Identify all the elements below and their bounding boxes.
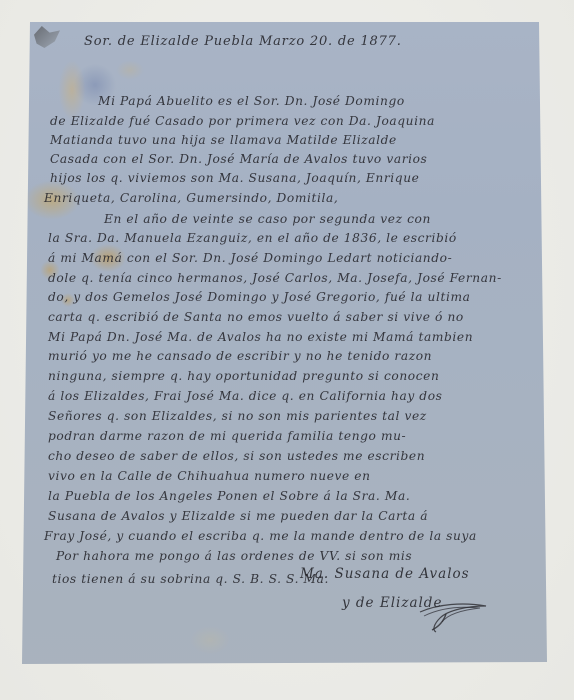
letter-line: podran darme razon de mi querida familia… — [48, 429, 406, 443]
signature-name: Ma. Susana de Avalos — [300, 566, 470, 582]
letter-line: cho deseo de saber de ellos, si son uste… — [48, 449, 425, 463]
letter-line: Fray José, y cuando el escriba q. me la … — [44, 529, 477, 543]
letter-line: Por hahora me pongo á las ordenes de VV.… — [56, 549, 412, 563]
letter-line: do, y dos Gemelos José Domingo y José Gr… — [48, 290, 470, 304]
letter-dateline: Sor. de Elizalde Puebla Marzo 20. de 187… — [84, 34, 402, 49]
letter-line: Susana de Avalos y Elizalde si me pueden… — [48, 509, 428, 523]
letter-line: vivo en la Calle de Chihuahua numero nue… — [48, 469, 371, 483]
letter-line: Casada con el Sor. Dn. José María de Ava… — [50, 152, 427, 166]
letter-line: tios tienen á su sobrina q. S. B. S. S. … — [52, 572, 329, 586]
letter-line: de Elizalde fué Casado por primera vez c… — [50, 114, 435, 128]
letter-line: En el año de veinte se caso por segunda … — [104, 212, 431, 226]
letter-line: hijos los q. viviemos son Ma. Susana, Jo… — [50, 171, 419, 185]
letter-line: Matianda tuvo una hija se llamava Matild… — [50, 133, 397, 147]
letter-line: carta q. escribió de Santa no emos vuelt… — [48, 310, 464, 324]
letter-line: Enriqueta, Carolina, Gumersindo, Domitil… — [44, 191, 338, 205]
letter-line: Señores q. son Elizaldes, si no son mis … — [48, 409, 427, 423]
letter-line: murió yo me he cansado de escribir y no … — [48, 349, 432, 363]
letter-line: Mi Papá Dn. José Ma. de Avalos ha no exi… — [48, 330, 473, 344]
letter-line: ninguna, siempre q. hay oportunidad preg… — [48, 369, 439, 383]
signature-flourish-icon — [418, 600, 488, 634]
letter-line: á los Elizaldes, Frai José Ma. dice q. e… — [48, 389, 443, 403]
letter-line: á mi Mamá con el Sor. Dn. José Domingo L… — [48, 251, 452, 265]
letter-line: la Puebla de los Angeles Ponen el Sobre … — [48, 489, 410, 503]
handwritten-letter: Sor. de Elizalde Puebla Marzo 20. de 187… — [0, 0, 574, 700]
letter-line: dole q. tenía cinco hermanos, José Carlo… — [48, 271, 502, 285]
letter-line: la Sra. Da. Manuela Ezanguiz, en el año … — [48, 231, 457, 245]
letter-line: Mi Papá Abuelito es el Sor. Dn. José Dom… — [98, 94, 405, 108]
